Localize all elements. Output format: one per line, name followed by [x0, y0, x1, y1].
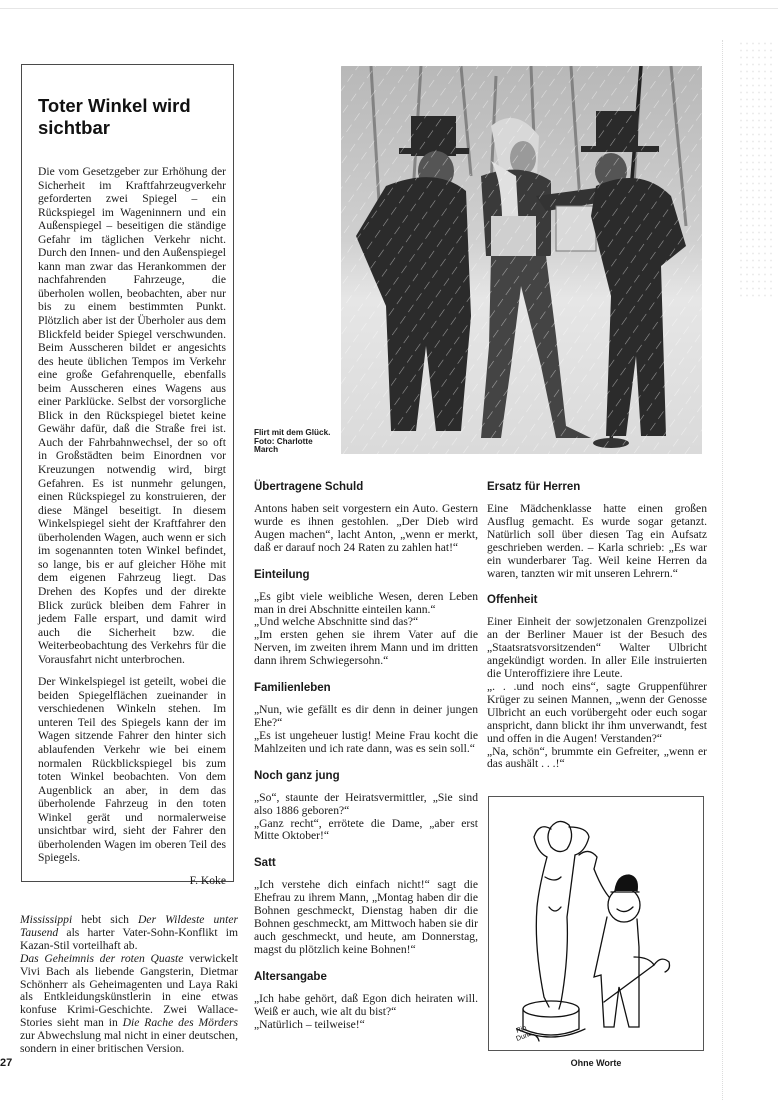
film-review-text: zur Abwechslung mal nicht in einer deuts… — [20, 1029, 238, 1055]
jokes-column-middle: Übertragene Schuld Antons haben seit vor… — [254, 480, 478, 1044]
joke-section: Noch ganz jung „So“, staunte der Heirats… — [254, 769, 478, 844]
joke-text: Eine Mädchenklasse hatte einen großen Au… — [487, 503, 707, 580]
sidebar-article-title: Toter Winkel wird sichtbar — [38, 95, 228, 139]
page-edge-gutter — [722, 40, 737, 1100]
jokes-column-right: Ersatz für Herren Eine Mädchenklasse hat… — [487, 480, 707, 784]
joke-line: „Na, schön“, brummte ein Gefreiter, „wen… — [487, 746, 707, 772]
joke-title: Ersatz für Herren — [487, 480, 707, 494]
film-title: Mississippi — [20, 913, 72, 926]
sidebar-article-body: Die vom Gesetzgeber zur Erhöhung der Sic… — [38, 165, 226, 896]
film-review-text: hebt sich — [72, 913, 138, 926]
sidebar-paragraph: Die vom Gesetzgeber zur Erhöhung der Sic… — [38, 165, 226, 666]
joke-text: Antons haben seit vorgestern ein Auto. G… — [254, 503, 478, 555]
joke-section: Übertragene Schuld Antons haben seit vor… — [254, 480, 478, 555]
joke-line: „Ich habe gehört, daß Egon dich heiraten… — [254, 993, 478, 1019]
joke-section: Einteilung „Es gibt viele weibliche Wese… — [254, 568, 478, 668]
photo-caption: Flirt mit dem Glück. Foto: Charlotte Mar… — [254, 429, 339, 455]
joke-title: Einteilung — [254, 568, 478, 582]
film-title: Die Rache des Mörders — [123, 1016, 238, 1029]
joke-section: Familienleben „Nun, wie gefällt es dir d… — [254, 681, 478, 756]
joke-line: „Es ist ungeheuer lustig! Meine Frau koc… — [254, 730, 478, 756]
joke-line: „Nun, wie gefällt es dir denn in deiner … — [254, 704, 478, 730]
joke-title: Altersangabe — [254, 970, 478, 984]
cartoon-statue-illustration: Rin Dun — [489, 797, 703, 1050]
joke-section: Ersatz für Herren Eine Mädchenklasse hat… — [487, 480, 707, 580]
cartoon-box: Rin Dun — [488, 796, 704, 1051]
joke-section: Altersangabe „Ich habe gehört, daß Egon … — [254, 970, 478, 1032]
joke-line: „Im ersten gehen sie ihrem Vater auf die… — [254, 629, 478, 668]
joke-line: „Es gibt viele weibliche Wesen, deren Le… — [254, 591, 478, 617]
joke-line: Einer Einheit der sowjetzonalen Grenzpol… — [487, 616, 707, 681]
joke-title: Noch ganz jung — [254, 769, 478, 783]
film-review-paragraph: Mississippi hebt sich Der Wildeste unter… — [20, 914, 238, 1056]
film-review-continuation: Mississippi hebt sich Der Wildeste unter… — [20, 914, 238, 1056]
joke-line: „So“, staunte der Heiratsvermittler, „Si… — [254, 792, 478, 818]
joke-title: Satt — [254, 856, 478, 870]
top-rule — [0, 8, 778, 9]
page-number: 27 — [0, 1057, 12, 1069]
photo-illustration — [341, 66, 702, 454]
sidebar-article-box: Toter Winkel wird sichtbar Die vom Geset… — [21, 64, 234, 882]
joke-text: „Ich verstehe dich einfach nicht!“ sagt … — [254, 879, 478, 956]
cartoon-caption: Ohne Worte — [488, 1058, 704, 1068]
joke-title: Übertragene Schuld — [254, 480, 478, 494]
sidebar-author: F. Koke — [38, 874, 226, 888]
joke-section: Satt „Ich verstehe dich einfach nicht!“ … — [254, 856, 478, 956]
joke-title: Offenheit — [487, 593, 707, 607]
scan-noise — [738, 40, 774, 300]
joke-title: Familienleben — [254, 681, 478, 695]
joke-line: „Natürlich – teilweise!“ — [254, 1019, 478, 1032]
joke-line: „Ganz recht“, errötete die Dame, „aber e… — [254, 818, 478, 844]
photo-chimney-sweeps — [341, 66, 702, 454]
sidebar-paragraph: Der Winkelspiegel ist geteilt, wobei die… — [38, 675, 226, 865]
film-title: Das Geheimnis der roten Quaste — [20, 952, 183, 965]
joke-section: Offenheit Einer Einheit der sowjetzonale… — [487, 593, 707, 771]
joke-line: „. . .und noch eins“, sagte Gruppenführe… — [487, 681, 707, 746]
